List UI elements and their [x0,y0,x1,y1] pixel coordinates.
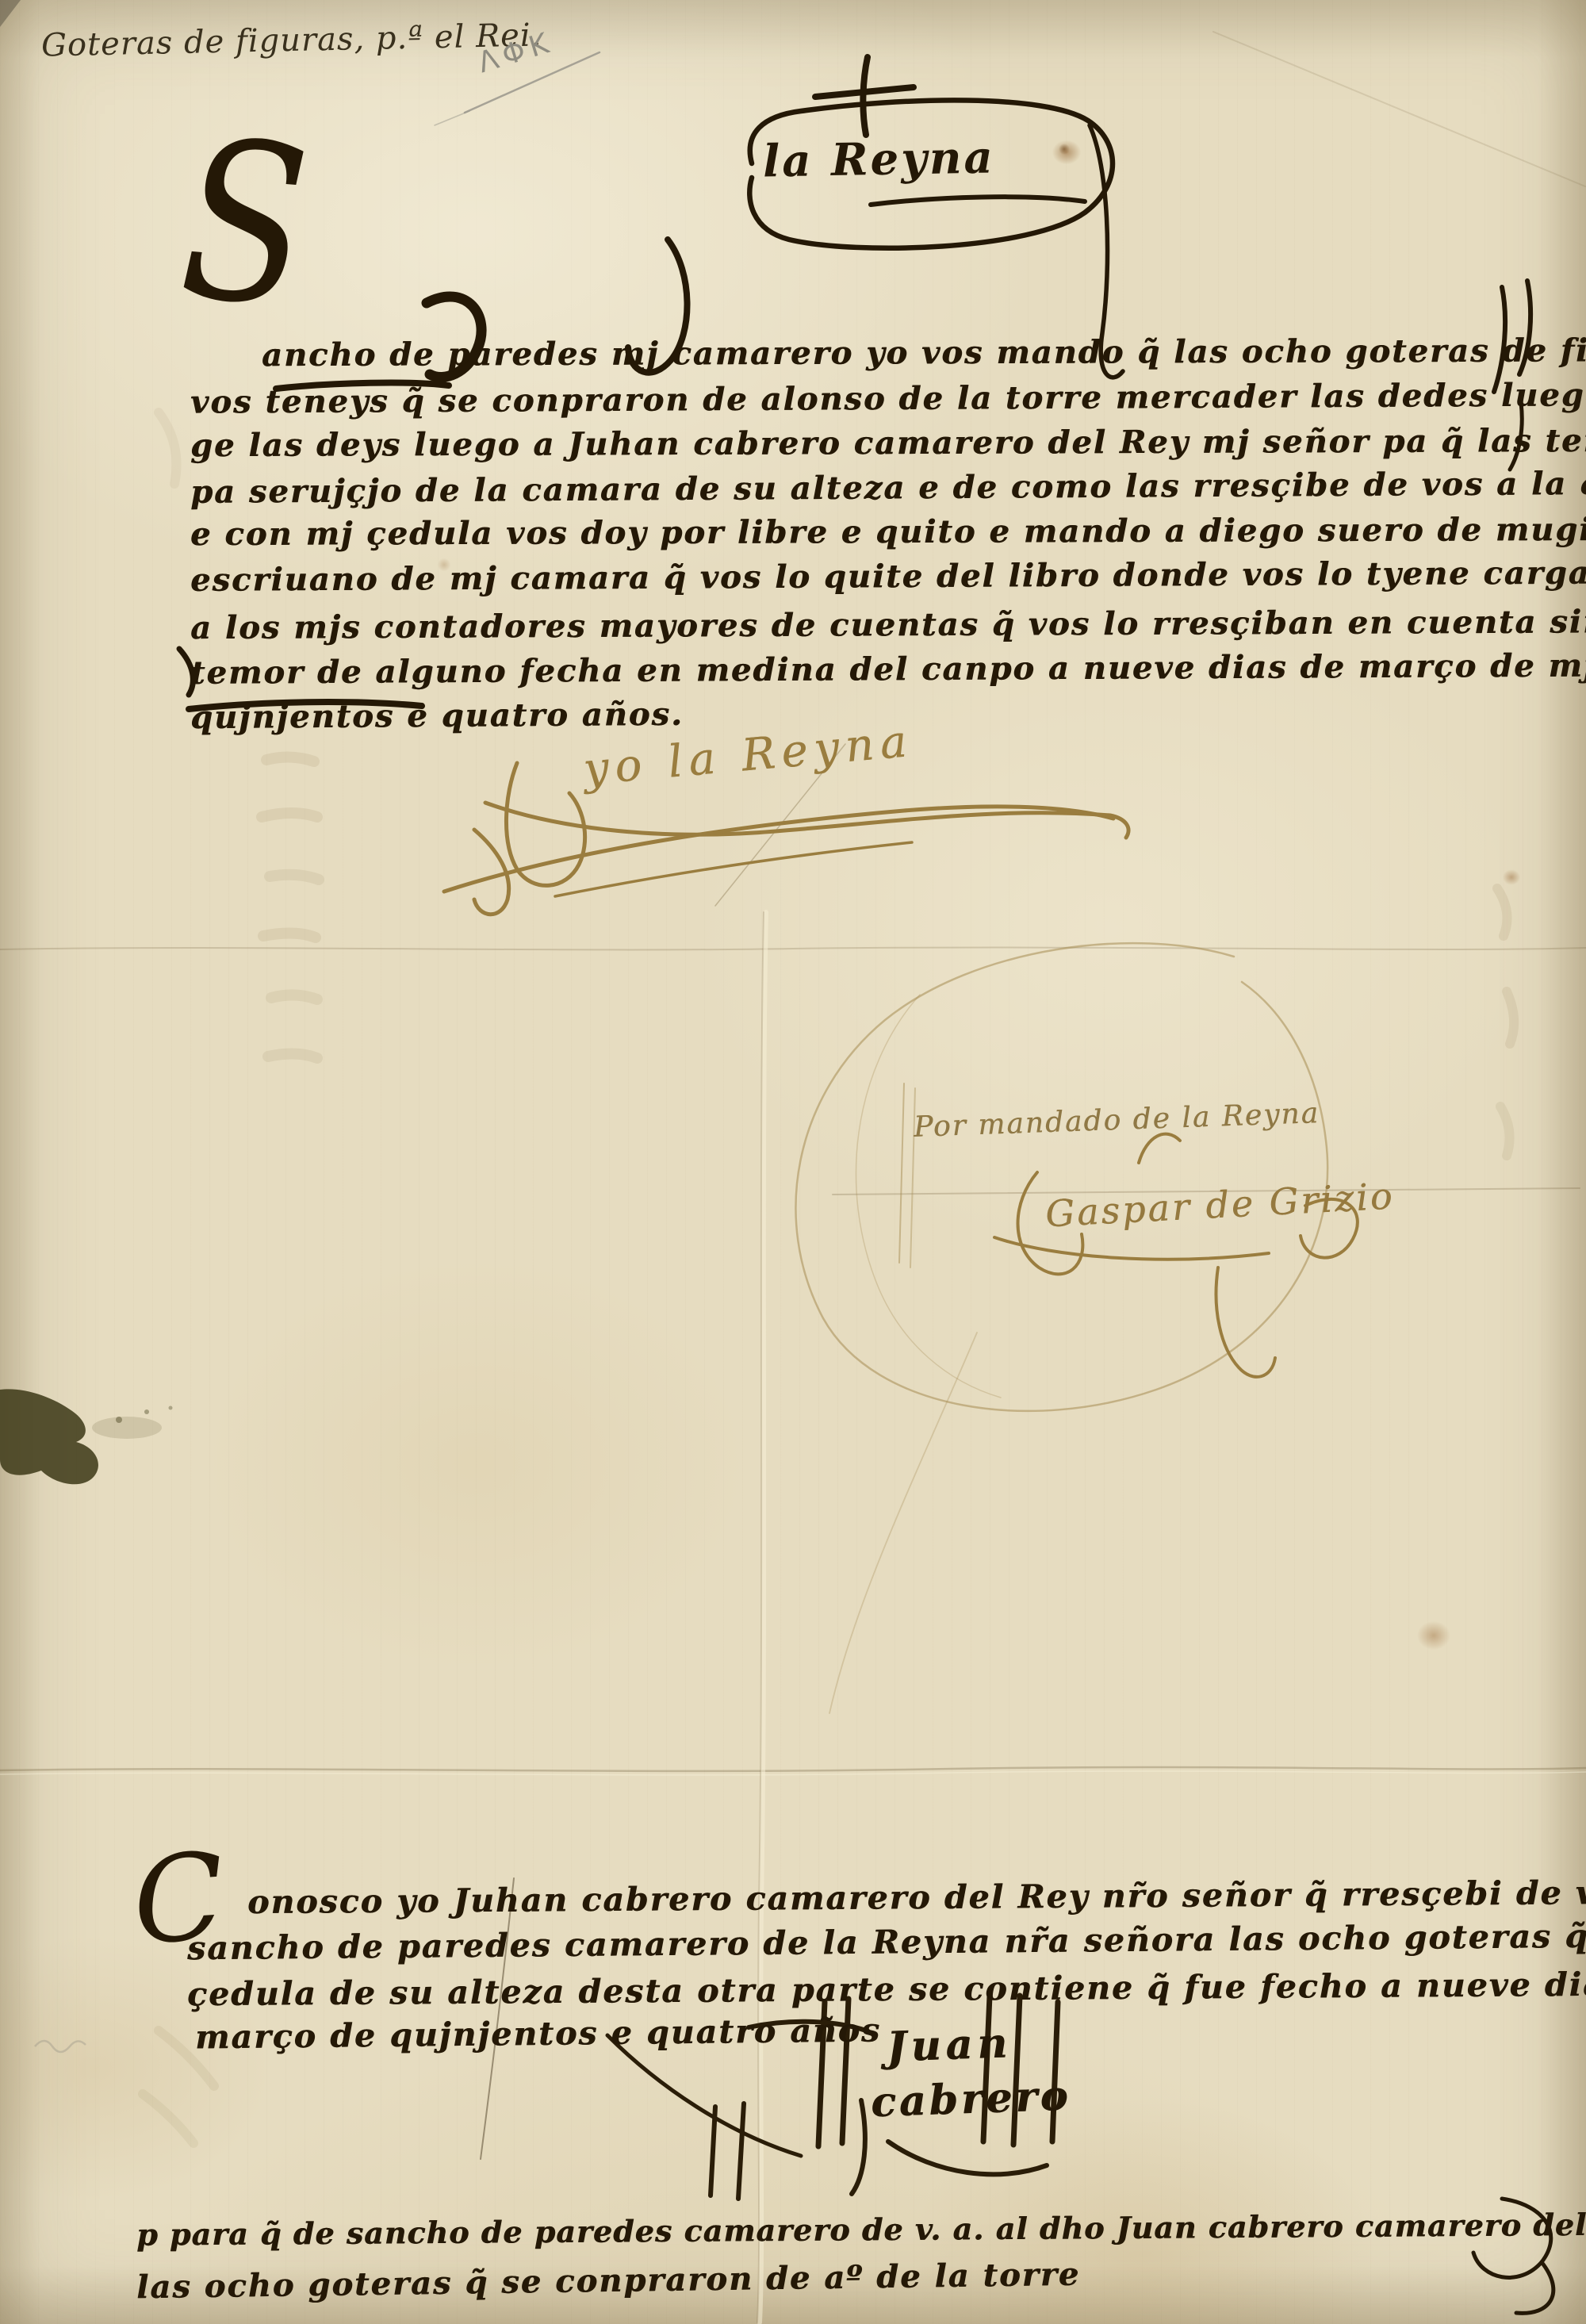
secretary-loop-flourish [795,943,1327,1713]
salutation-la-reyna: la Reyna [762,131,995,187]
secretary-signature-flourish [994,1134,1358,1377]
receipt-signature-name: Juan [886,2019,1013,2071]
body-line: escriuano de mj camara q̃ vos lo quite d… [190,553,1586,600]
body-line: vos teneys q̃ se conpraron de alonso de … [190,375,1586,422]
manuscript-page: Goteras de figuras, p.ª el Rei. ΛΦΚ la R… [0,0,1586,2324]
body-line: temor de alguno fecha en medina del canp… [190,646,1586,693]
pencil-squiggle [35,2041,86,2052]
body-line: a los mjs contadores mayores de cuentas … [190,602,1586,648]
corner-shadow [0,0,21,27]
initial-letter-s: S [176,111,313,340]
royal-signature-rubric [444,763,1128,915]
body-line: ge las deys luego a Juhan cabrero camare… [190,421,1586,466]
body-line: qujnjentos e quatro años. [190,695,684,738]
ink-blot [0,1389,173,1484]
receipt-line: março de qujnjentos e quatro años [195,2011,881,2056]
body-line: e con mj çedula vos doy por libre e quit… [190,510,1586,554]
cross-mark-icon [815,57,914,135]
receipt-signature-name: cabrero [870,2072,1071,2127]
body-line: ancho de paredes mj camarero yo vos mand… [262,331,1586,375]
body-line: pa serujçjo de la camara de su alteza e … [190,463,1586,512]
